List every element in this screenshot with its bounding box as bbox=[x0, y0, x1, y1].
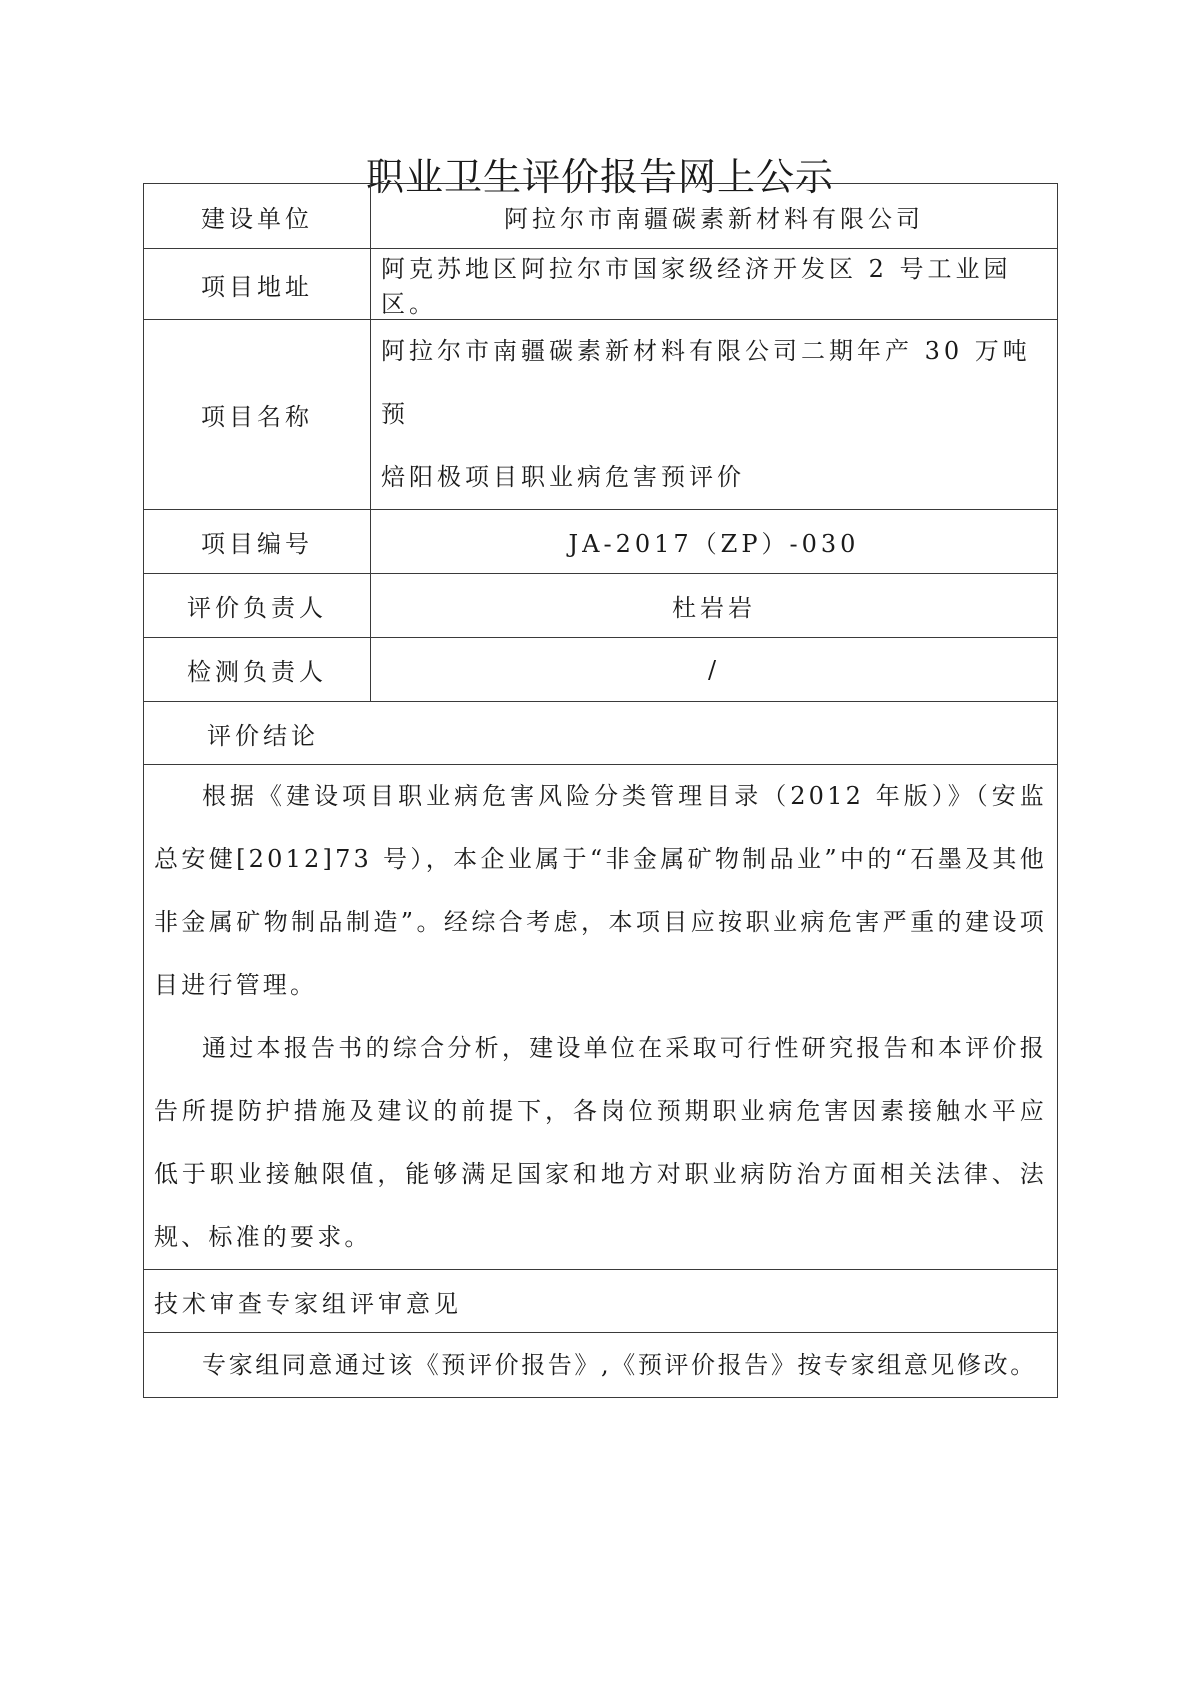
table-row-conclusion-body: 根据《建设项目职业病危害风险分类管理目录（2012 年版）》（安监总安健[201… bbox=[144, 765, 1058, 1270]
conclusion-heading: 评价结论 bbox=[144, 702, 1058, 765]
expert-review-heading: 技术审查专家组评审意见 bbox=[144, 1270, 1058, 1333]
row-label: 项目地址 bbox=[144, 249, 371, 320]
row-label: 评价负责人 bbox=[144, 574, 371, 638]
evaluation-lead-value: 杜岩岩 bbox=[371, 574, 1058, 638]
row-label: 检测负责人 bbox=[144, 638, 371, 702]
construction-unit-value: 阿拉尔市南疆碳素新材料有限公司 bbox=[371, 184, 1058, 249]
table-row-conclusion-heading: 评价结论 bbox=[144, 702, 1058, 765]
conclusion-paragraph-1: 根据《建设项目职业病危害风险分类管理目录（2012 年版）》（安监总安健[201… bbox=[154, 765, 1047, 1017]
table-row-project-address: 项目地址 阿克苏地区阿拉尔市国家级经济开发区 2 号工业园区。 bbox=[144, 249, 1058, 320]
row-label: 项目编号 bbox=[144, 510, 371, 574]
conclusion-paragraph-2: 通过本报告书的综合分析，建设单位在采取可行性研究报告和本评价报告所提防护措施及建… bbox=[154, 1017, 1047, 1269]
table-row-project-number: 项目编号 JA-2017（ZP）-030 bbox=[144, 510, 1058, 574]
disclosure-table: 建设单位 阿拉尔市南疆碳素新材料有限公司 项目地址 阿克苏地区阿拉尔市国家级经济… bbox=[143, 183, 1058, 1398]
project-name-line-1: 阿拉尔市南疆碳素新材料有限公司二期年产 30 万吨预 bbox=[381, 320, 1051, 446]
row-label: 建设单位 bbox=[144, 184, 371, 249]
project-name-line-2: 焙阳极项目职业病危害预评价 bbox=[381, 446, 1051, 509]
conclusion-body: 根据《建设项目职业病危害风险分类管理目录（2012 年版）》（安监总安健[201… bbox=[144, 765, 1058, 1270]
table-row-project-name: 项目名称 阿拉尔市南疆碳素新材料有限公司二期年产 30 万吨预 焙阳极项目职业病… bbox=[144, 320, 1058, 510]
row-label: 项目名称 bbox=[144, 320, 371, 510]
table-row-expert-heading: 技术审查专家组评审意见 bbox=[144, 1270, 1058, 1333]
project-name-value: 阿拉尔市南疆碳素新材料有限公司二期年产 30 万吨预 焙阳极项目职业病危害预评价 bbox=[371, 320, 1058, 510]
table-row-evaluation-lead: 评价负责人 杜岩岩 bbox=[144, 574, 1058, 638]
table-row-expert-opinion: 专家组同意通过该《预评价报告》,《预评价报告》按专家组意见修改。 bbox=[144, 1333, 1058, 1398]
project-address-value: 阿克苏地区阿拉尔市国家级经济开发区 2 号工业园区。 bbox=[371, 249, 1058, 320]
testing-lead-value: / bbox=[371, 638, 1058, 702]
table-row-testing-lead: 检测负责人 / bbox=[144, 638, 1058, 702]
expert-review-opinion-cell: 专家组同意通过该《预评价报告》,《预评价报告》按专家组意见修改。 bbox=[144, 1333, 1058, 1398]
project-number-value: JA-2017（ZP）-030 bbox=[371, 510, 1058, 574]
expert-review-opinion: 专家组同意通过该《预评价报告》,《预评价报告》按专家组意见修改。 bbox=[154, 1334, 1047, 1397]
table-row-construction-unit: 建设单位 阿拉尔市南疆碳素新材料有限公司 bbox=[144, 184, 1058, 249]
